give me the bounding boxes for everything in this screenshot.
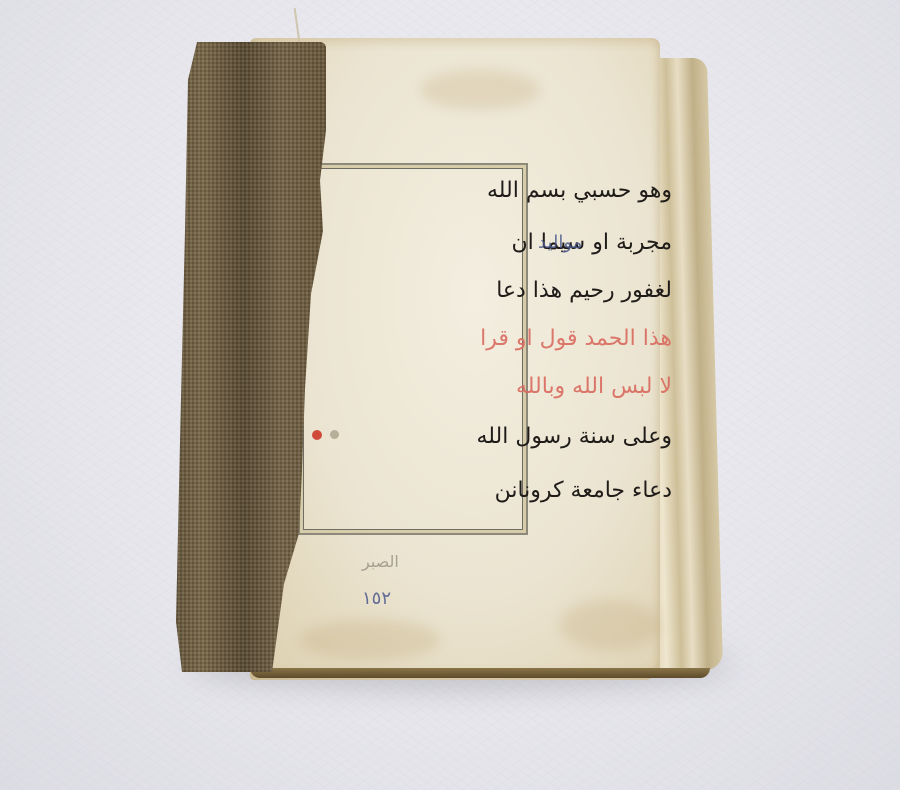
manuscript-line-2: مجربة او سيما ان [511,230,672,255]
margin-pencil-note: مواليد [538,232,582,253]
manuscript-line-4: هذا الحمد قول او قرا [480,326,672,351]
manuscript-line-3: لغفور رحيم هذا دعا [496,278,672,303]
manuscript-line-6: وعلى سنة رسول الله [476,424,672,449]
red-ink-mark [312,430,322,440]
manuscript-line-1: وهو حسبي بسم الله [487,178,672,203]
bottom-pencil-note: الصبر [362,552,399,571]
paper-stain [560,600,660,650]
manuscript-line-7: دعاء جامعة كرونانن [495,478,672,503]
paper-stain [420,70,540,110]
page-number-annotation: ١٥٢ [362,588,391,609]
grey-spot [330,430,339,439]
manuscript-line-5: لا لبس الله وبالله [516,374,672,399]
paper-stain [300,620,440,660]
book-bottom-edge [250,668,710,678]
